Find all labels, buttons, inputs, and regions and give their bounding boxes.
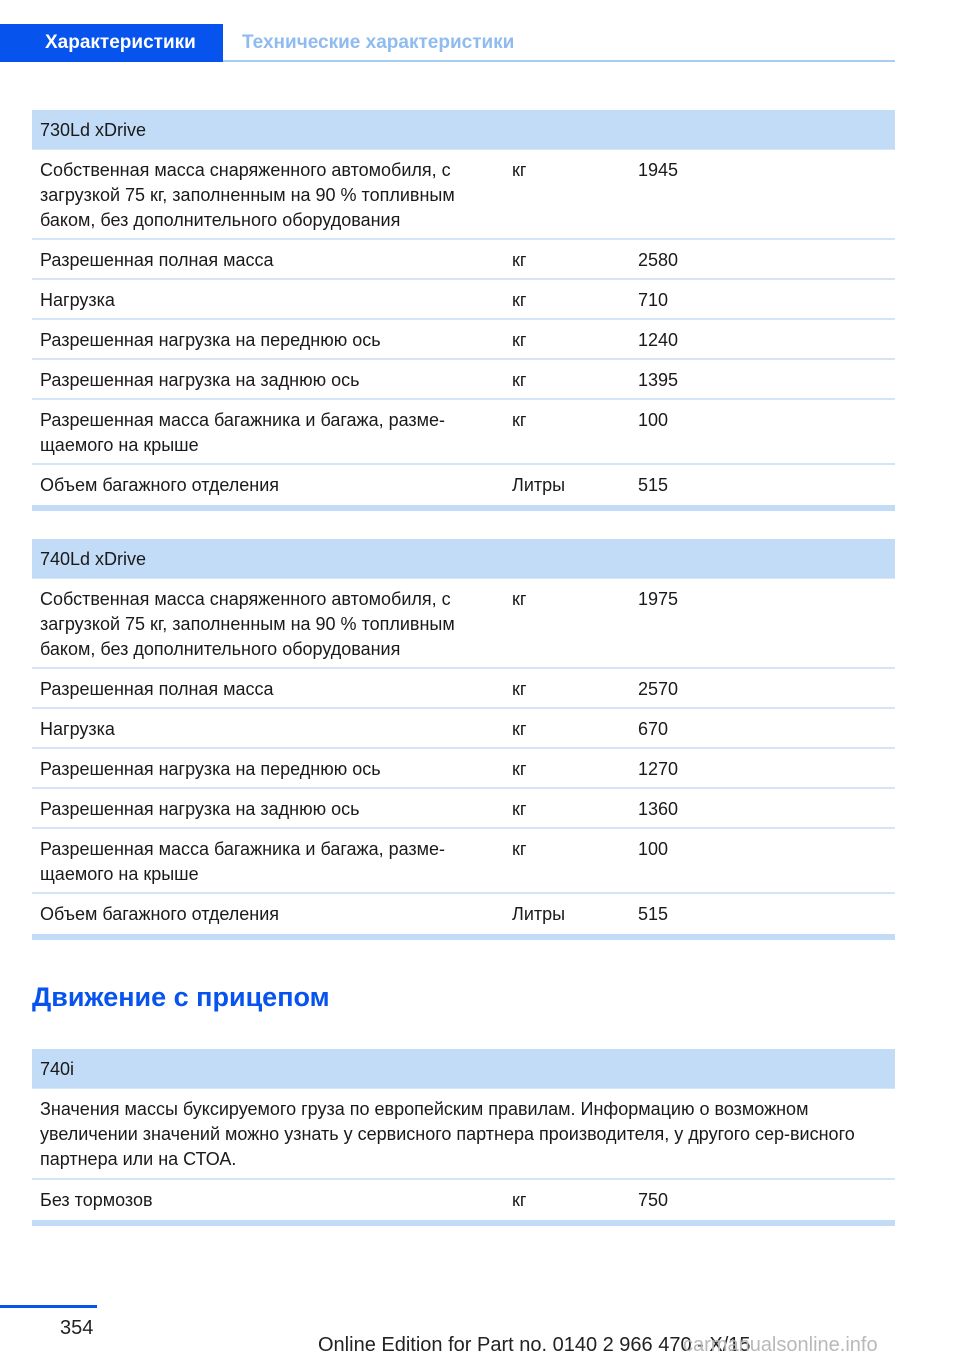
row-unit: кг [498,829,638,892]
table-row: Нагрузка кг 670 [32,709,895,749]
table-row: Разрешенная нагрузка на переднюю ось кг … [32,749,895,789]
row-unit: кг [498,400,638,463]
header-divider [223,60,895,62]
row-label: Разрешенная полная масса [32,669,498,707]
row-unit: кг [498,749,638,787]
row-label: Разрешенная масса багажника и багажа, ра… [32,829,498,892]
row-label: Разрешенная масса багажника и багажа, ра… [32,400,498,463]
table-row: Нагрузка кг 710 [32,280,895,320]
spec-table-740i-trailer: 740i Значения массы буксируемого груза п… [32,1049,895,1226]
row-label: Нагрузка [32,709,498,747]
row-unit: кг [498,280,638,318]
row-label: Собственная масса снаряженного автомобил… [32,150,498,238]
row-unit: кг [498,579,638,667]
row-value: 515 [638,894,895,934]
row-value: 670 [638,709,895,747]
row-label: Разрешенная полная масса [32,240,498,278]
row-unit: кг [498,789,638,827]
table-end-bar [32,1220,895,1226]
table-model-header: 740Ld xDrive [32,539,895,579]
page-header: Характеристики Технические характеристик… [0,24,895,62]
table-row: Разрешенная нагрузка на заднюю ось кг 13… [32,360,895,400]
table-end-bar [32,934,895,940]
watermark-link[interactable]: carmanualsonline.info [683,1334,878,1357]
tab-characteristics[interactable]: Характеристики [0,24,223,62]
table-model-header: 730Ld xDrive [32,110,895,150]
row-value: 2570 [638,669,895,707]
row-value: 750 [638,1180,895,1220]
row-label: Разрешенная нагрузка на заднюю ось [32,789,498,827]
footer-divider [0,1305,97,1308]
row-unit: кг [498,1180,638,1220]
row-label: Разрешенная нагрузка на заднюю ось [32,360,498,398]
spec-table-730ld: 730Ld xDrive Собственная масса снаряженн… [32,110,895,511]
page-number: 354 [60,1317,93,1340]
row-unit: кг [498,360,638,398]
row-value: 100 [638,829,895,892]
row-value: 1270 [638,749,895,787]
table-row: Разрешенная полная масса кг 2580 [32,240,895,280]
table-row: Собственная масса снаряженного автомобил… [32,579,895,669]
row-value: 710 [638,280,895,318]
table-model-header: 740i [32,1049,895,1089]
table-end-bar [32,505,895,511]
row-label: Без тормозов [32,1180,498,1220]
row-value: 1240 [638,320,895,358]
table-row: Объем багажного отделения Литры 515 [32,465,895,505]
row-unit: Литры [498,465,638,505]
row-unit: Литры [498,894,638,934]
row-value: 515 [638,465,895,505]
trailer-note: Значения массы буксируемого груза по евр… [32,1089,895,1180]
row-label: Разрешенная нагрузка на переднюю ось [32,749,498,787]
row-value: 1360 [638,789,895,827]
table-row: Объем багажного отделения Литры 515 [32,894,895,934]
row-unit: кг [498,709,638,747]
section-title-trailer: Движение с прицепом [32,982,330,1013]
row-value: 1395 [638,360,895,398]
row-value: 100 [638,400,895,463]
table-row: Разрешенная полная масса кг 2570 [32,669,895,709]
row-label: Нагрузка [32,280,498,318]
row-unit: кг [498,240,638,278]
table-row: Разрешенная нагрузка на переднюю ось кг … [32,320,895,360]
breadcrumb-technical-specs[interactable]: Технические характеристики [242,24,514,62]
table-row: Разрешенная масса багажника и багажа, ра… [32,400,895,465]
row-label: Собственная масса снаряженного автомобил… [32,579,498,667]
row-unit: кг [498,669,638,707]
row-label: Разрешенная нагрузка на переднюю ось [32,320,498,358]
row-label: Объем багажного отделения [32,465,498,505]
row-unit: кг [498,320,638,358]
table-row: Разрешенная масса багажника и багажа, ра… [32,829,895,894]
table-row: Без тормозов кг 750 [32,1180,895,1220]
row-value: 1975 [638,579,895,667]
table-row: Разрешенная нагрузка на заднюю ось кг 13… [32,789,895,829]
spec-table-740ld: 740Ld xDrive Собственная масса снаряженн… [32,539,895,940]
row-value: 2580 [638,240,895,278]
row-unit: кг [498,150,638,238]
table-row: Собственная масса снаряженного автомобил… [32,150,895,240]
row-value: 1945 [638,150,895,238]
row-label: Объем багажного отделения [32,894,498,934]
